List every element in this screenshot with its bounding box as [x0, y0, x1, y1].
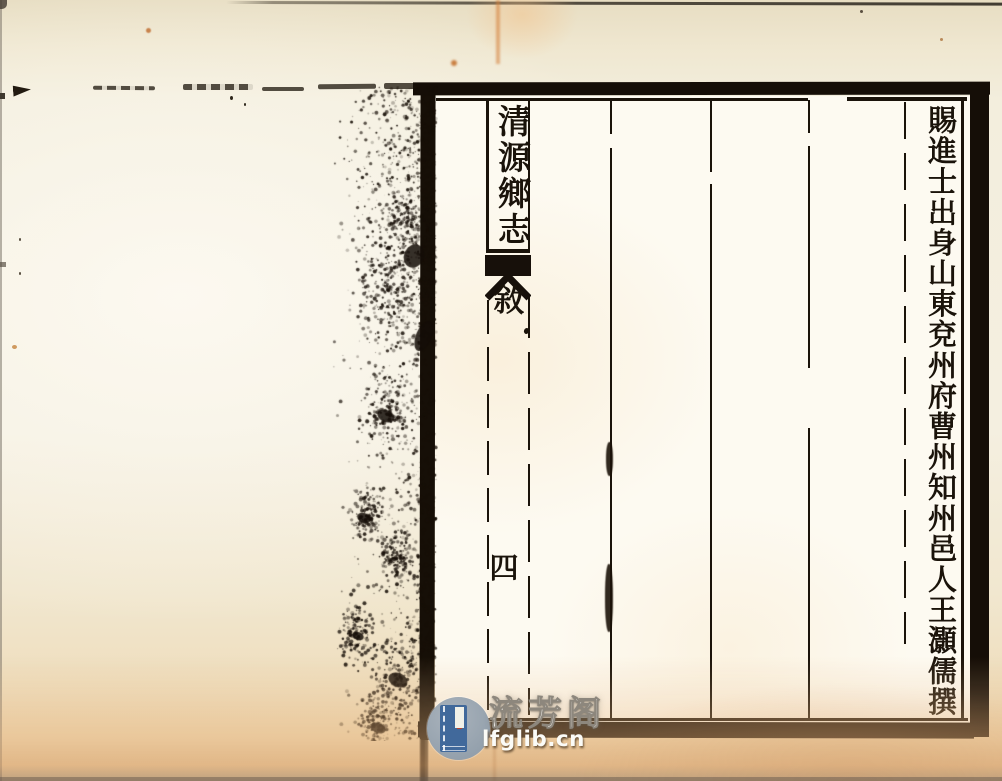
- corner-mark: [0, 0, 7, 9]
- ink-bleed-segment: [262, 87, 304, 91]
- frame-border-top: [413, 82, 990, 96]
- column-divider: [610, 148, 612, 719]
- author-attribution: 賜進士出身山東兗州府曹州知州邑人王灝儒撰: [893, 105, 955, 725]
- scratch-line: [226, 1, 1002, 6]
- title-column-border: [486, 249, 530, 253]
- book-pages-lines: [442, 746, 465, 748]
- ink-speck: [244, 103, 246, 106]
- column-divider: [710, 184, 712, 719]
- ink-smudge: [605, 564, 613, 632]
- column-divider: [710, 100, 712, 172]
- bottom-edge-shadow: [0, 777, 1002, 781]
- inner-border-top: [847, 97, 967, 101]
- ink-bleed-segment: [183, 84, 253, 90]
- ink-mark: [0, 262, 6, 267]
- ink-speck: [230, 96, 233, 100]
- ink-mark: [0, 93, 5, 99]
- inner-border-top: [436, 98, 808, 101]
- inner-border-right: [961, 98, 964, 721]
- seal-icon: [457, 724, 462, 729]
- ink-mark: [13, 84, 32, 96]
- title-column-dashed-border: [487, 300, 489, 715]
- foxing-spot: [451, 60, 457, 66]
- ink-speck: [19, 238, 21, 241]
- foxing-spot: [12, 345, 17, 349]
- section-label: 敘: [488, 285, 529, 324]
- scanned-book-page: 清源鄉志 敘 四 賜進士出身山東兗州府曹州知州邑人王灝儒撰 流芳阁 lfglib…: [0, 0, 1002, 781]
- foxing-spot: [146, 28, 151, 33]
- ink-speck: [19, 272, 21, 275]
- column-divider: [808, 428, 810, 719]
- ink-bleed-segment: [93, 86, 155, 90]
- ink-speck: [860, 10, 863, 13]
- title-column-dashed-border: [528, 296, 531, 715]
- book-icon: [440, 705, 467, 752]
- foxing-spot: [940, 38, 943, 41]
- page-number: 四: [486, 554, 522, 588]
- gutter-ink-stains: [328, 86, 438, 741]
- scan-edge-line: [0, 0, 2, 781]
- column-divider: [610, 100, 612, 134]
- frame-border-right: [970, 82, 989, 737]
- watermark-logo: [427, 697, 490, 760]
- watermark-site-domain: lfglib.cn: [482, 729, 602, 753]
- ink-smudge: [606, 442, 613, 476]
- column-divider: [808, 146, 810, 368]
- fold-crease: [496, 0, 500, 64]
- column-divider: [808, 100, 810, 133]
- fold-stain: [460, 0, 584, 74]
- book-title: 清源鄉志: [487, 103, 529, 249]
